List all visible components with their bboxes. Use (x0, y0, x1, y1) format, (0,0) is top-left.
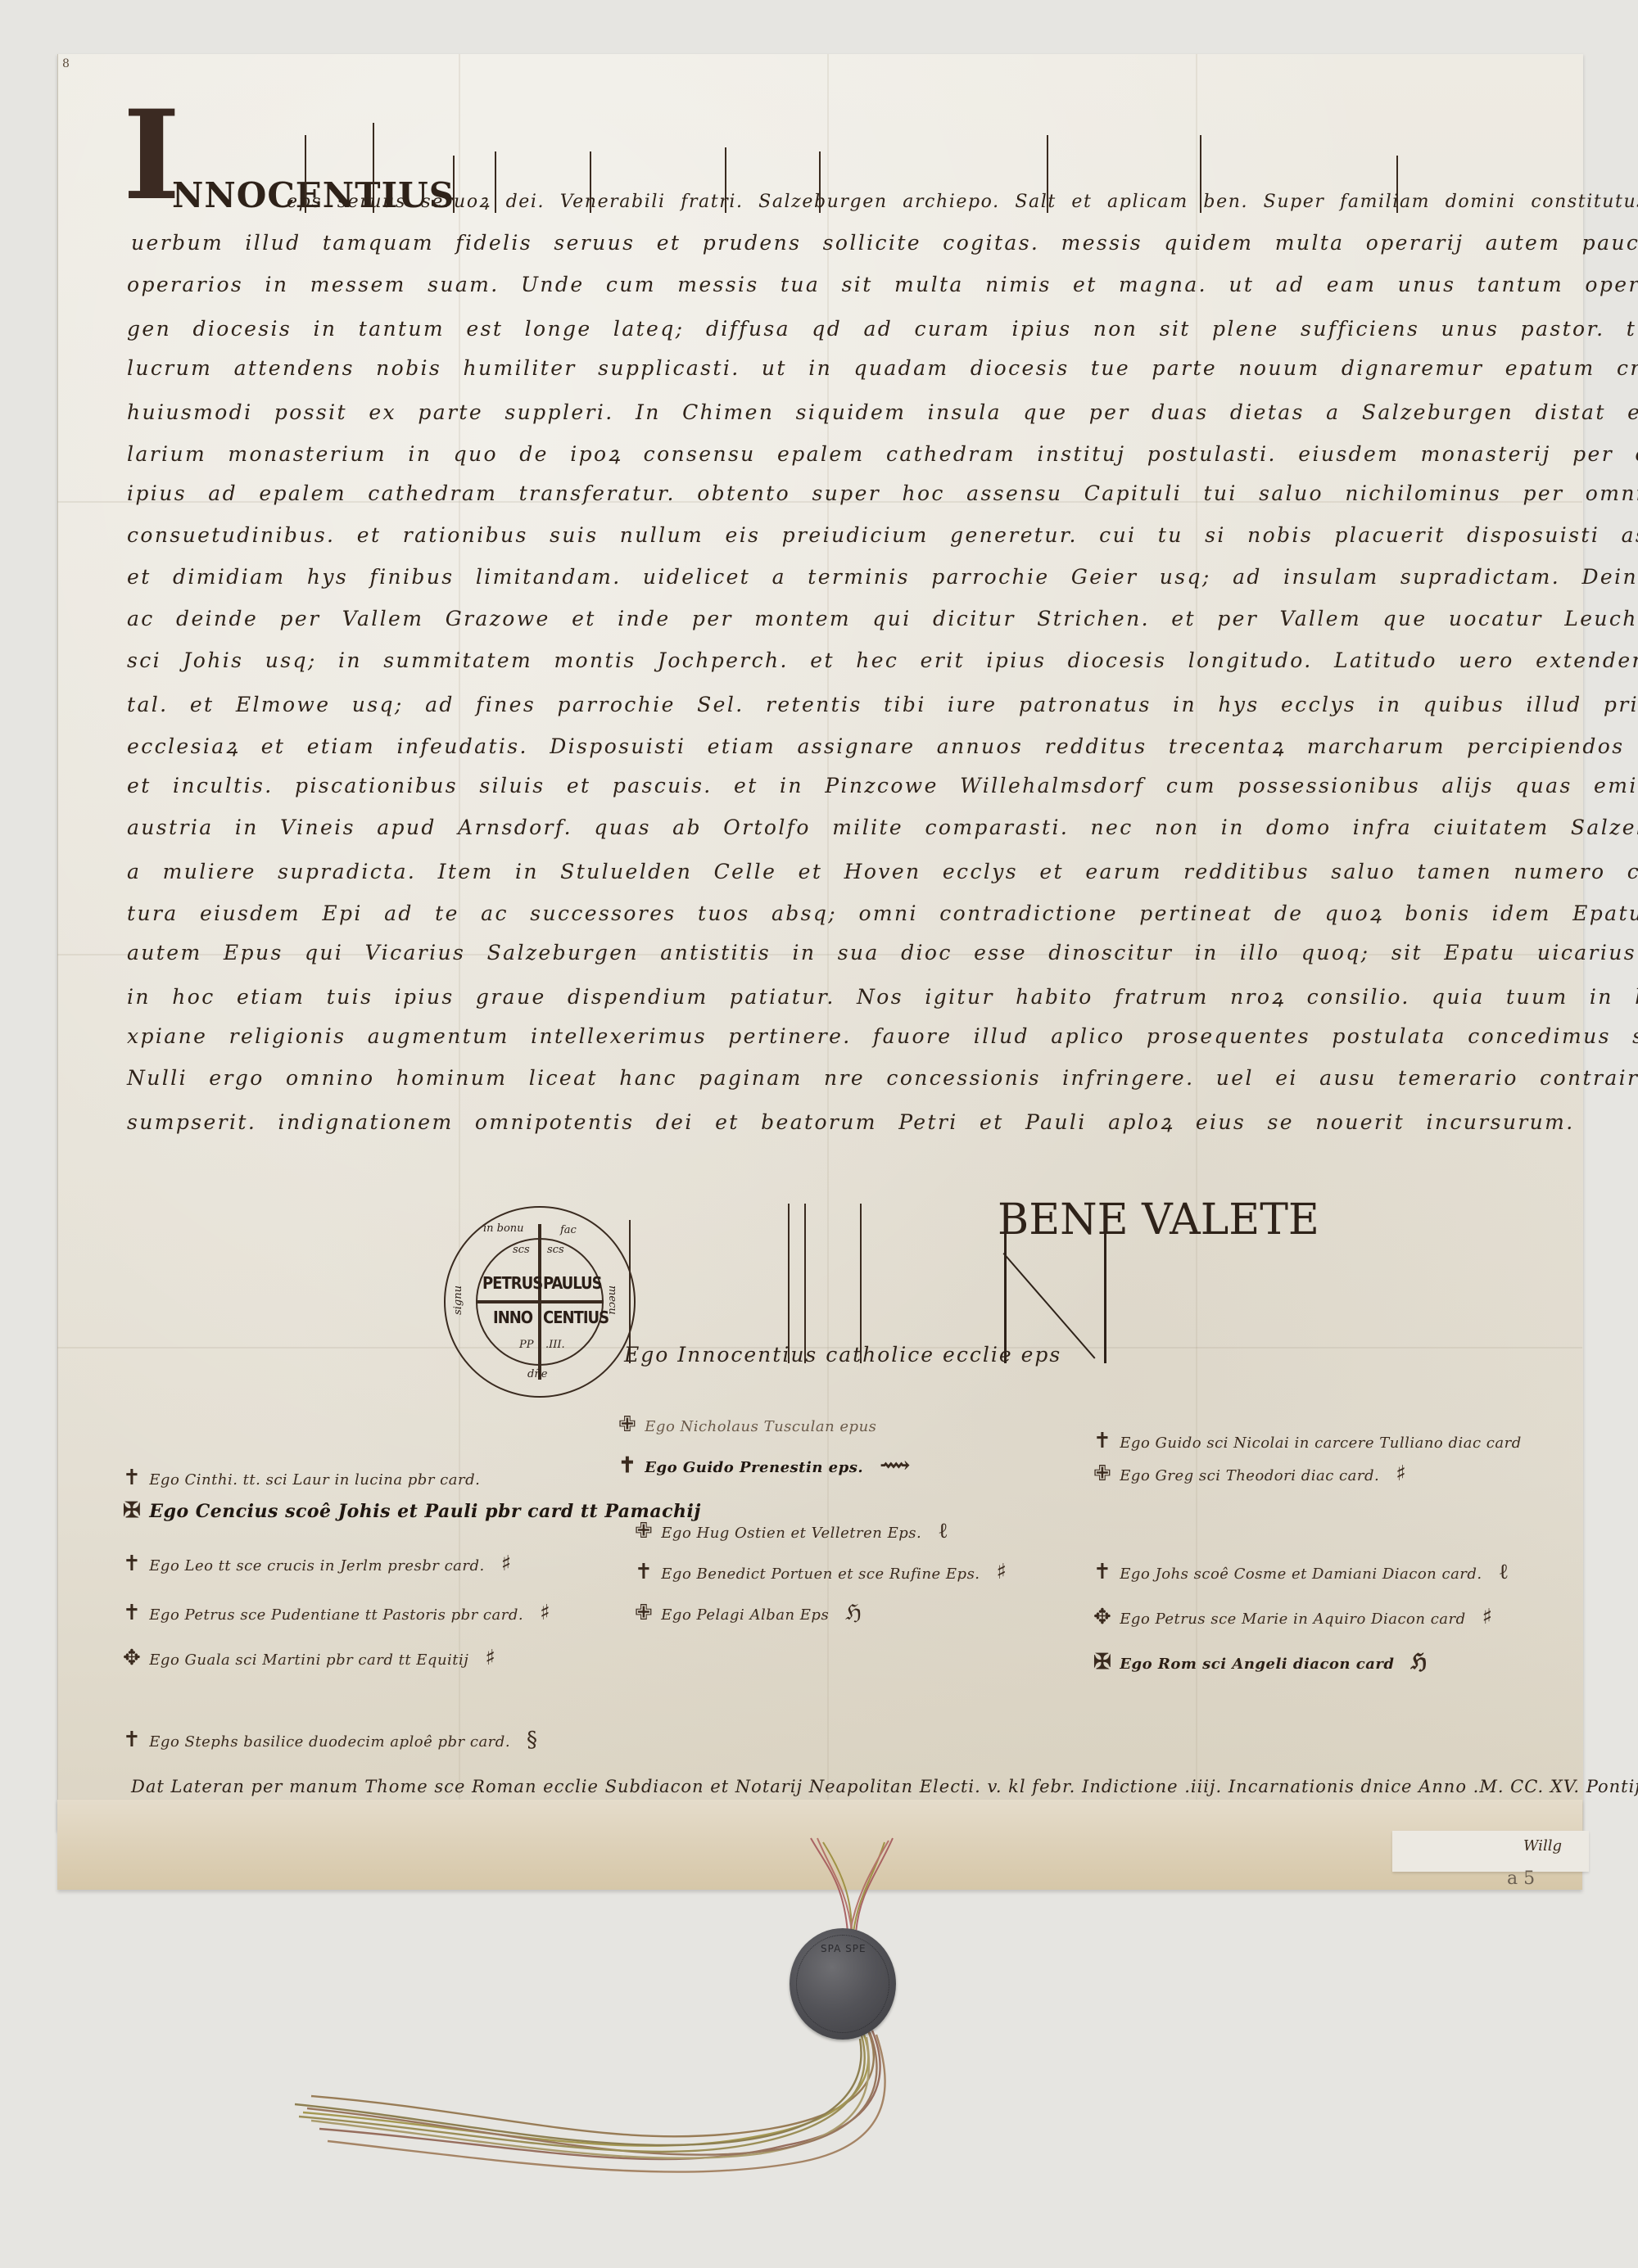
lead-bulla-seal: SPA SPE (790, 1928, 896, 2040)
bulla-legend: SPA SPE (821, 1943, 867, 1954)
silk-cord-and-tassel (0, 0, 1638, 2268)
